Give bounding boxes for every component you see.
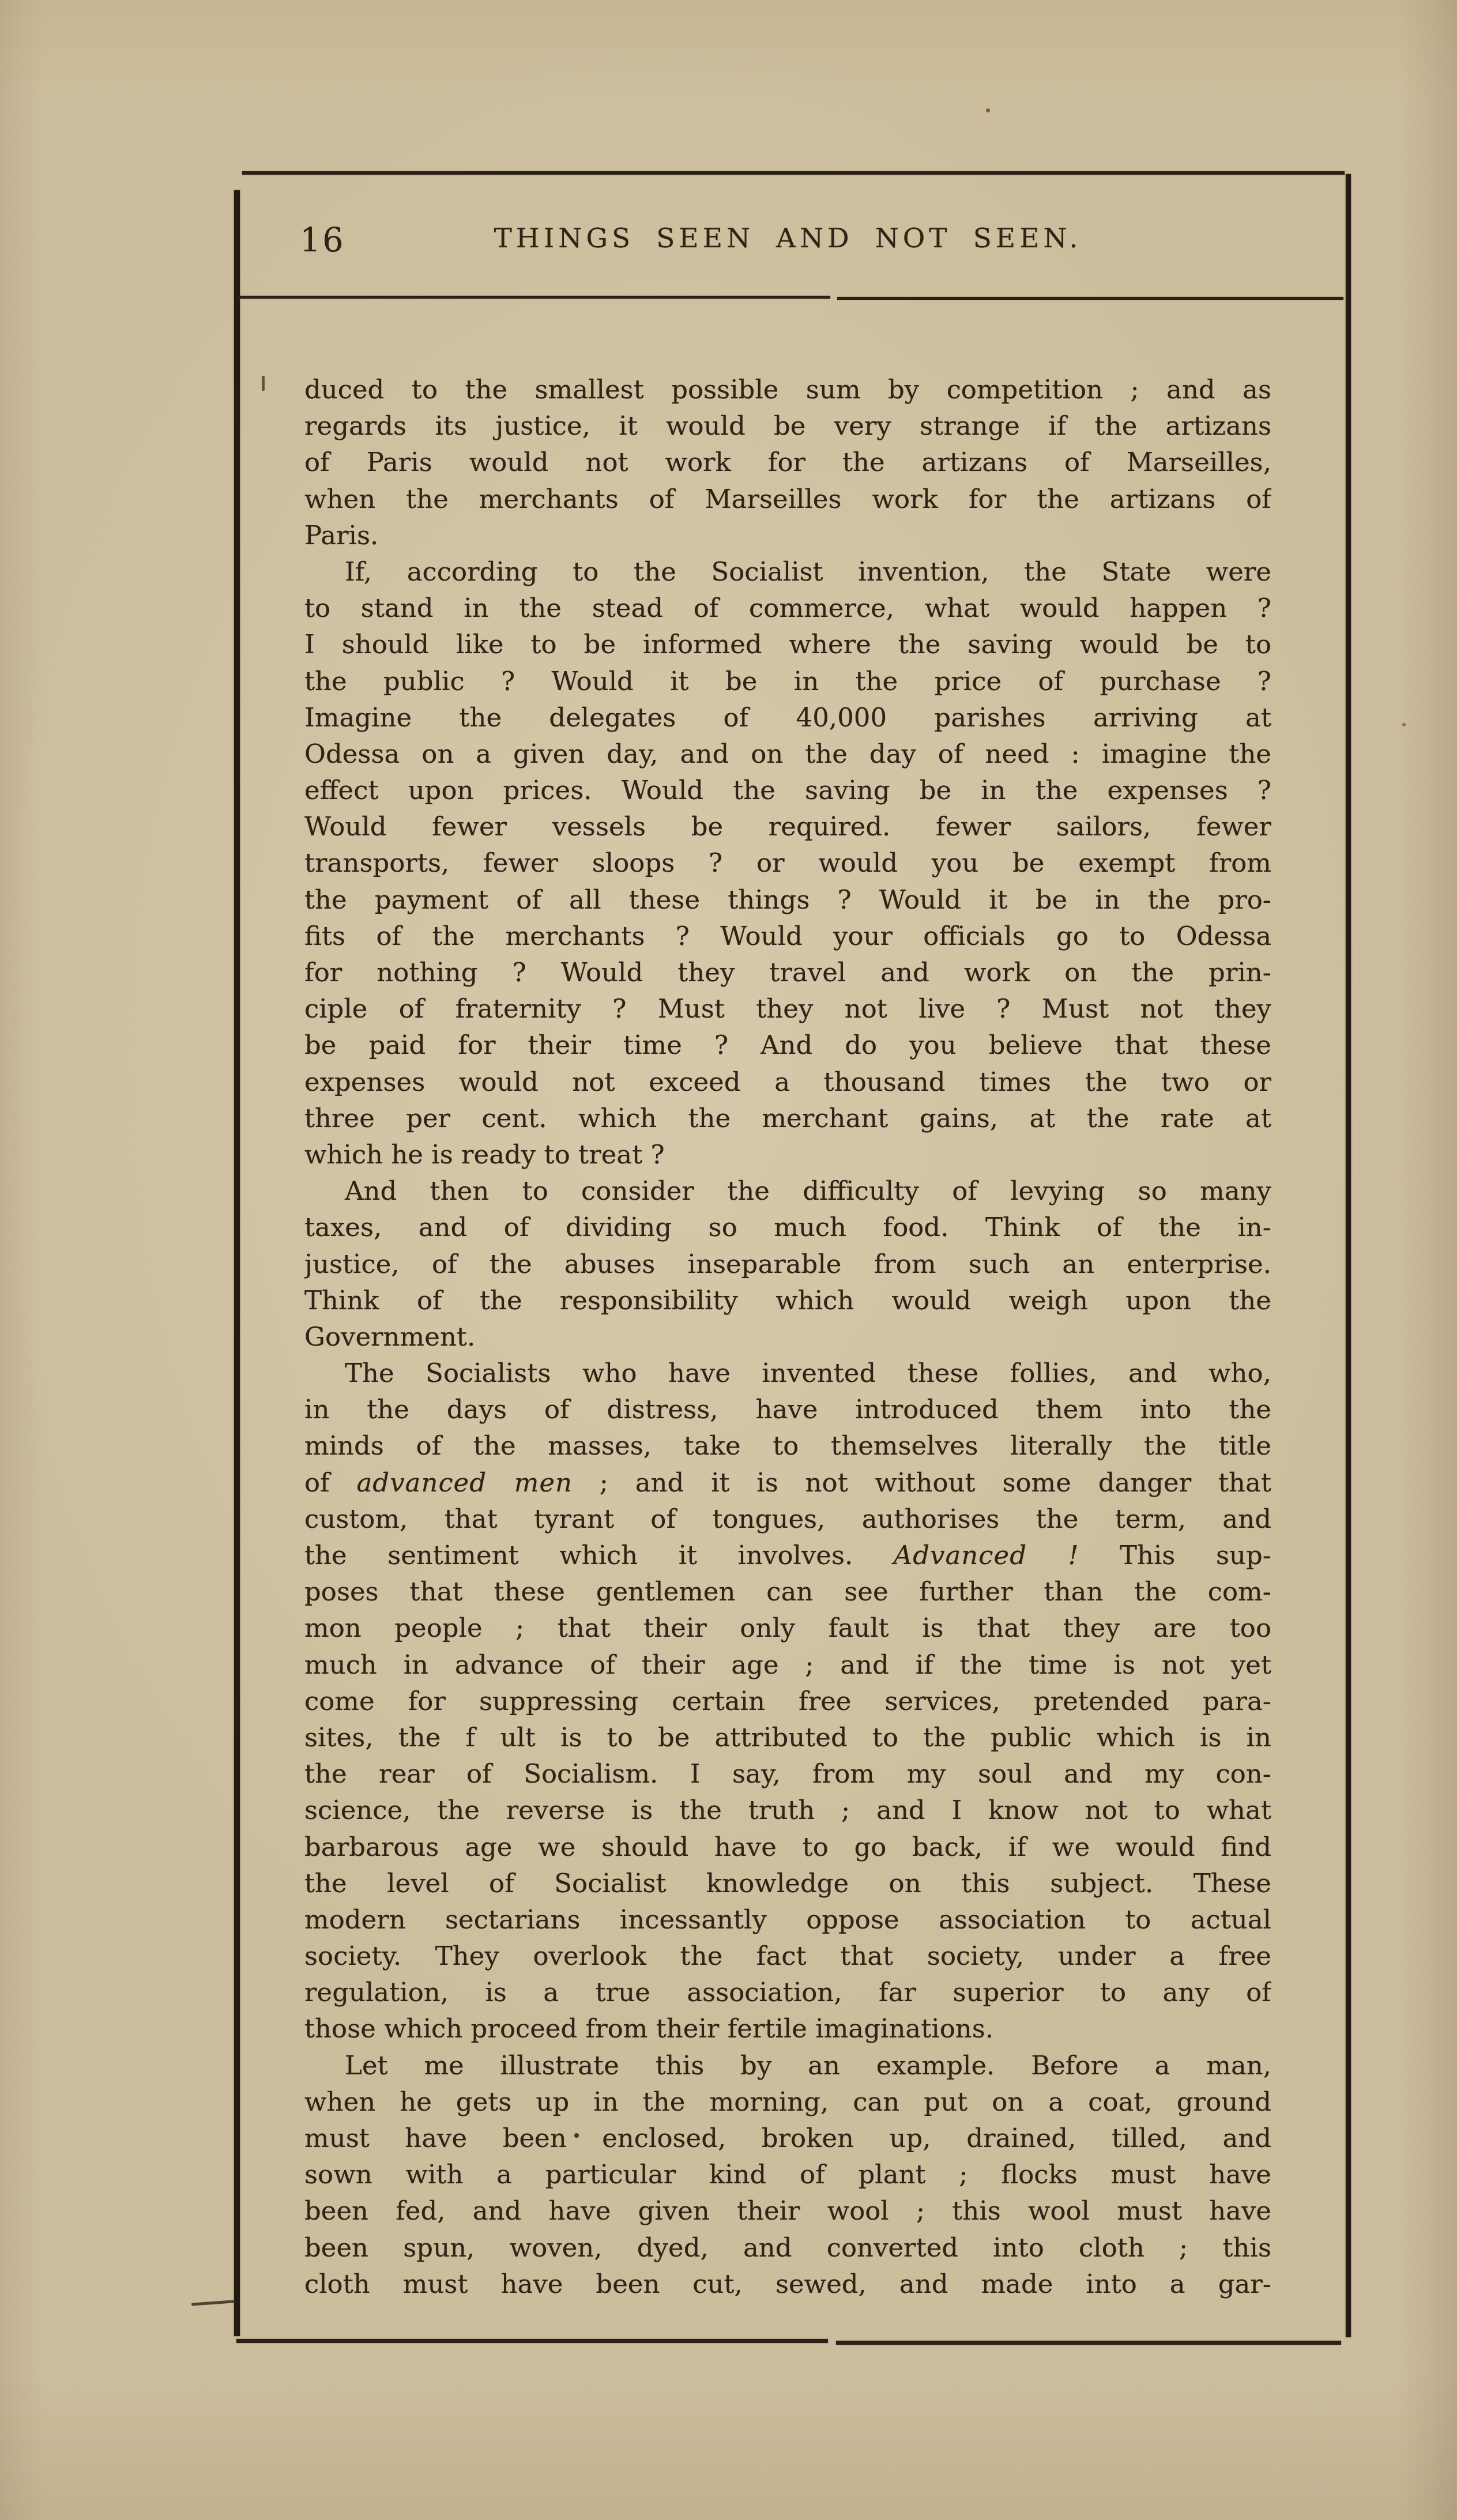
text-line: taxes, and of dividing so much food. Thi…: [304, 1209, 1271, 1245]
text-line: mon people ; that their only fault is th…: [304, 1610, 1271, 1646]
text-line: duced to the smallest possible sum by co…: [304, 371, 1271, 408]
text-line: Paris.: [304, 517, 1271, 553]
text-line: I should like to be informed where the s…: [304, 626, 1271, 662]
text-line: of advanced men ; and it is not without …: [304, 1464, 1271, 1501]
text-line: the payment of all these things ? Would …: [304, 882, 1271, 918]
text-line: must have been enclosed, broken up, drai…: [304, 2120, 1271, 2156]
text-line: The Socialists who have invented these f…: [304, 1355, 1271, 1391]
text-line: transports, fewer sloops ? or would you …: [304, 845, 1271, 881]
text-line: society. They overlook the fact that soc…: [304, 1938, 1271, 1974]
text-line: much in advance of their age ; and if th…: [304, 1647, 1271, 1683]
ink-speck: [262, 376, 265, 391]
text-line: ciple of fraternity ? Must they not live…: [304, 990, 1271, 1027]
text-line: Would fewer vessels be required. fewer s…: [304, 808, 1271, 845]
book-page-scan: 16 THINGS SEEN AND NOT SEEN. duced to th…: [0, 0, 1457, 2520]
right-border-line: [1346, 174, 1351, 2337]
left-border-line: [234, 190, 240, 2336]
text-line: cloth must have been cut, sewed, and mad…: [304, 2266, 1271, 2302]
text-line: sown with a particular kind of plant ; f…: [304, 2156, 1271, 2193]
text-line: the public ? Would it be in the price of…: [304, 663, 1271, 699]
text-line: been spun, woven, dyed, and converted in…: [304, 2229, 1271, 2266]
text-line: the sentiment which it involves. Advance…: [304, 1537, 1271, 1573]
text-line: the rear of Socialism. I say, from my so…: [304, 1756, 1271, 1792]
stray-ink-mark: [191, 2300, 234, 2306]
text-line: regulation, is a true association, far s…: [304, 1974, 1271, 2010]
page-text: duced to the smallest possible sum by co…: [304, 371, 1271, 2302]
ink-speck: [574, 2133, 579, 2138]
text-line: expenses would not exceed a thousand tim…: [304, 1064, 1271, 1100]
text-line: Odessa on a given day, and on the day of…: [304, 736, 1271, 772]
text-line: to stand in the stead of commerce, what …: [304, 590, 1271, 626]
text-line: come for suppressing certain free servic…: [304, 1683, 1271, 1719]
ink-speck: [1402, 723, 1406, 726]
text-line: when he gets up in the morning, can put …: [304, 2084, 1271, 2120]
text-line: poses that these gentlemen can see furth…: [304, 1573, 1271, 1610]
header-divider-left: [238, 296, 830, 299]
text-line: barbarous age we should have to go back,…: [304, 1829, 1271, 1865]
text-line: custom, that tyrant of tongues, authoris…: [304, 1501, 1271, 1537]
text-line: And then to consider the difficulty of l…: [304, 1173, 1271, 1209]
text-line: when the merchants of Marseilles work fo…: [304, 481, 1271, 517]
text-line: regards its justice, it would be very st…: [304, 408, 1271, 444]
text-line: If, according to the Socialist invention…: [304, 553, 1271, 590]
bottom-divider-left: [236, 2339, 828, 2343]
top-border-rule: [242, 171, 1345, 175]
text-line: be paid for their time ? And do you beli…: [304, 1027, 1271, 1063]
text-line: fits of the merchants ? Would your offic…: [304, 918, 1271, 954]
text-line: minds of the masses, take to themselves …: [304, 1427, 1271, 1464]
bottom-divider-right: [836, 2341, 1341, 2345]
text-line: for nothing ? Would they travel and work…: [304, 954, 1271, 990]
text-line: those which proceed from their fertile i…: [304, 2010, 1271, 2047]
text-line: which he is ready to treat ?: [304, 1136, 1271, 1173]
text-line: been fed, and have given their wool ; th…: [304, 2193, 1271, 2229]
text-line: Think of the responsibility which would …: [304, 1282, 1271, 1319]
text-line: in the days of distress, have introduced…: [304, 1391, 1271, 1427]
text-line: Imagine the delegates of 40,000 parishes…: [304, 699, 1271, 736]
text-line: Let me illustrate this by an example. Be…: [304, 2047, 1271, 2084]
text-line: science, the reverse is the truth ; and …: [304, 1792, 1271, 1828]
text-line: three per cent. which the merchant gains…: [304, 1100, 1271, 1136]
ink-speck: [986, 108, 990, 112]
running-title: THINGS SEEN AND NOT SEEN.: [304, 223, 1271, 254]
text-line: effect upon prices. Would the saving be …: [304, 772, 1271, 808]
header-divider-right: [837, 297, 1343, 300]
text-line: the level of Socialist knowledge on this…: [304, 1865, 1271, 1901]
text-line: Government.: [304, 1319, 1271, 1355]
text-line: justice, of the abuses inseparable from …: [304, 1246, 1271, 1282]
text-line: modern sectarians incessantly oppose ass…: [304, 1901, 1271, 1938]
text-line: sites, the f ult is to be attributed to …: [304, 1719, 1271, 1756]
text-line: of Paris would not work for the artizans…: [304, 444, 1271, 480]
